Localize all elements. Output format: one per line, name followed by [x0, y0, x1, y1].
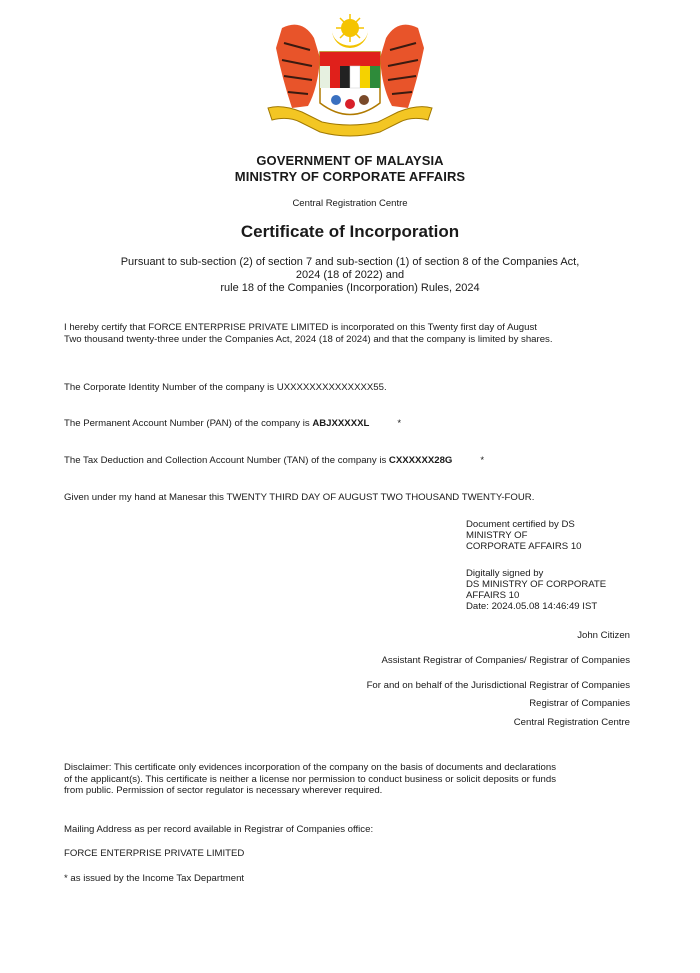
- digital-line: AFFAIRS 10: [466, 590, 606, 601]
- registrar-line: Registrar of Companies: [529, 698, 630, 710]
- tiger-left-icon: [276, 25, 320, 108]
- pursuant-line: Pursuant to sub-section (2) of section 7…: [0, 256, 700, 269]
- certify-statement: I hereby certify that FORCE ENTERPRISE P…: [64, 322, 644, 345]
- certify-line: Two thousand twenty-three under the Comp…: [64, 334, 644, 346]
- tax-dept-note: * as issued by the Income Tax Department: [64, 873, 644, 885]
- pan-label: The Permanent Account Number (PAN) of th…: [64, 418, 312, 429]
- digital-line: Digitally signed by: [466, 568, 606, 579]
- pursuant-line: rule 18 of the Companies (Incorporation)…: [0, 282, 700, 295]
- certified-by-block: Document certified by DS MINISTRY OF COR…: [466, 519, 582, 552]
- disclaimer-line: Disclaimer: This certificate only eviden…: [64, 762, 644, 774]
- pan-asterisk: *: [397, 418, 401, 430]
- disclaimer-line: of the applicant(s). This certificate is…: [64, 774, 644, 786]
- mailing-label: Mailing Address as per record available …: [64, 824, 644, 836]
- shield-icon: [320, 52, 380, 115]
- pan-value: ABJXXXXXL: [312, 418, 369, 429]
- crescent-star-icon: [332, 14, 368, 48]
- certificate-title: Certificate of Incorporation: [0, 222, 700, 242]
- centre-label: Central Registration Centre: [0, 198, 700, 209]
- tan-label: The Tax Deduction and Collection Account…: [64, 455, 389, 466]
- certified-line: Document certified by DS: [466, 519, 582, 530]
- tan-asterisk: *: [480, 455, 484, 467]
- government-heading: GOVERNMENT OF MALAYSIA MINISTRY OF CORPO…: [0, 153, 700, 185]
- disclaimer: Disclaimer: This certificate only eviden…: [64, 762, 644, 797]
- heading-line-2: MINISTRY OF CORPORATE AFFAIRS: [0, 169, 700, 185]
- certified-line: CORPORATE AFFAIRS 10: [466, 541, 582, 552]
- tiger-right-icon: [380, 25, 424, 108]
- digital-line: DS MINISTRY OF CORPORATE: [466, 579, 606, 590]
- given-statement: Given under my hand at Manesar this TWEN…: [64, 492, 644, 504]
- signatory-name: John Citizen: [577, 630, 630, 642]
- behalf-line: For and on behalf of the Jurisdictional …: [367, 680, 630, 692]
- signature-date: Date: 2024.05.08 14:46:49 IST: [466, 601, 606, 612]
- tan-value: CXXXXXX28G: [389, 455, 452, 466]
- signatory-role: Assistant Registrar of Companies/ Regist…: [382, 655, 630, 667]
- pursuant-line: 2024 (18 of 2022) and: [0, 269, 700, 282]
- pan-statement: The Permanent Account Number (PAN) of th…: [64, 418, 644, 430]
- tan-statement: The Tax Deduction and Collection Account…: [64, 455, 644, 467]
- disclaimer-line: from public. Permission of sector regula…: [64, 785, 644, 797]
- certified-line: MINISTRY OF: [466, 530, 582, 541]
- coat-of-arms-emblem: [262, 8, 438, 138]
- cin-statement: The Corporate Identity Number of the com…: [64, 382, 644, 394]
- pursuant-clause: Pursuant to sub-section (2) of section 7…: [0, 256, 700, 295]
- centre-line: Central Registration Centre: [514, 717, 630, 729]
- mailing-name: FORCE ENTERPRISE PRIVATE LIMITED: [64, 848, 644, 860]
- certify-line: I hereby certify that FORCE ENTERPRISE P…: [64, 322, 644, 334]
- heading-line-1: GOVERNMENT OF MALAYSIA: [0, 153, 700, 169]
- digital-signature-block: Digitally signed by DS MINISTRY OF CORPO…: [466, 568, 606, 612]
